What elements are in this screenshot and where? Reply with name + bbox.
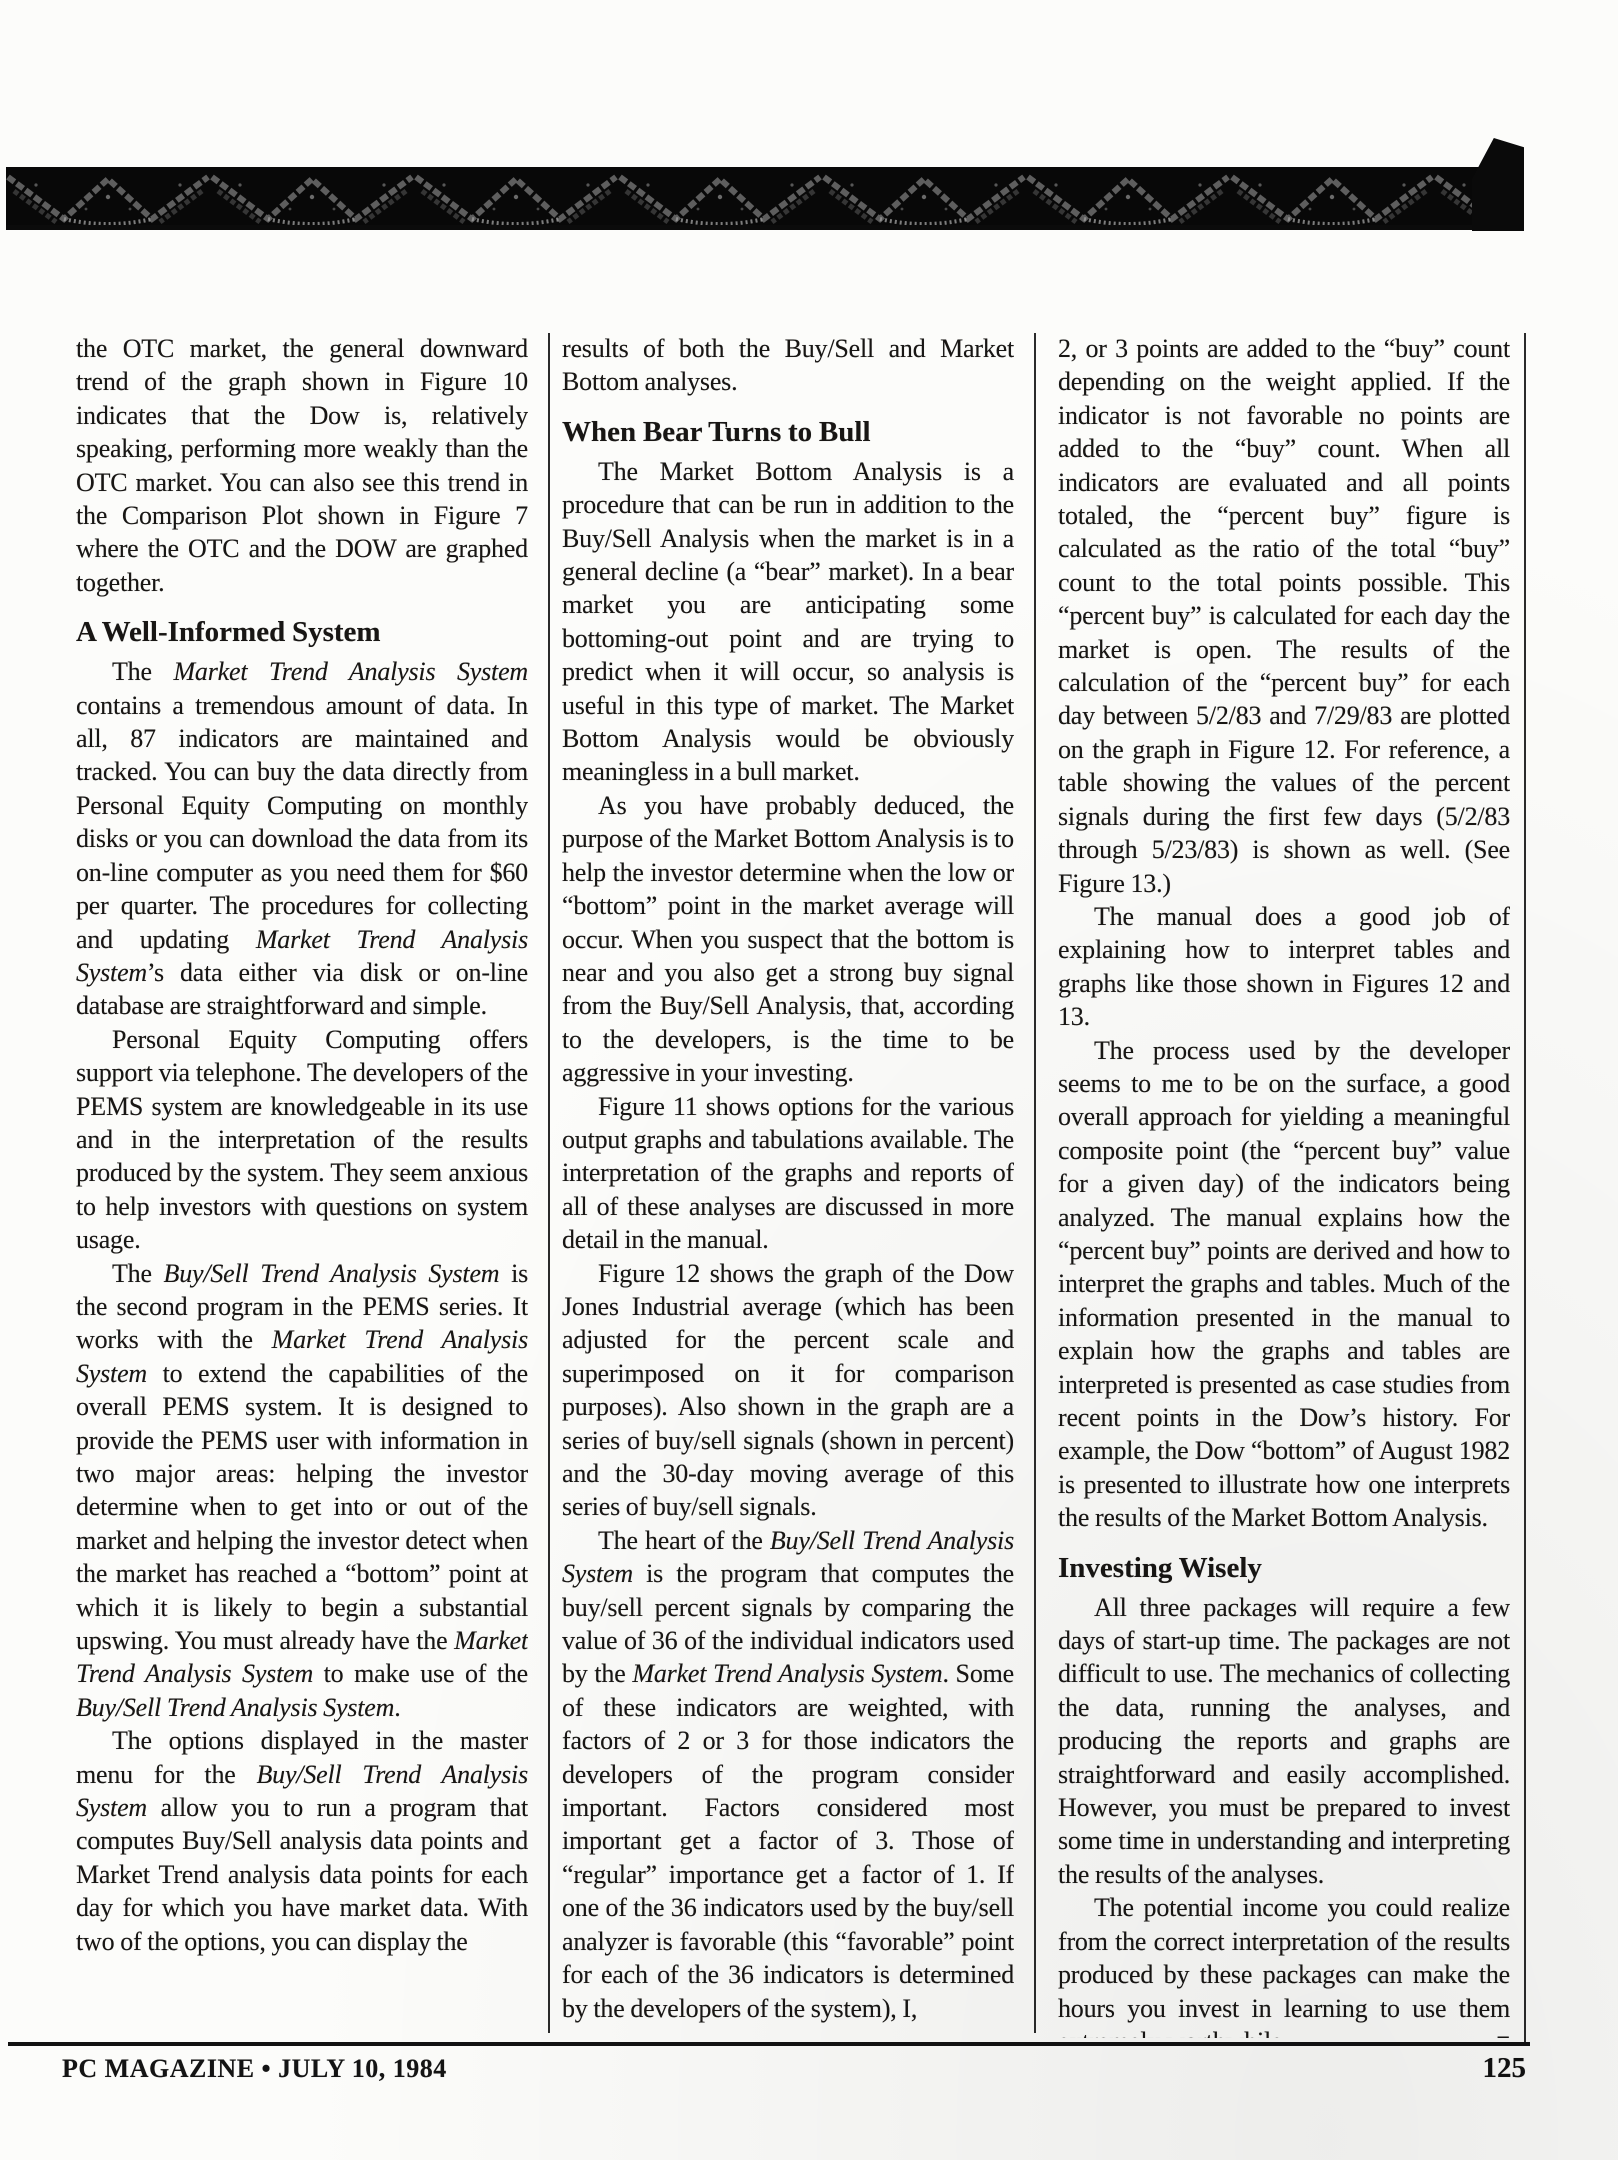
text-column-right: 2, or 3 points are added to the “buy” co… bbox=[1058, 332, 1510, 2038]
paragraph: results of both the Buy/Sell and Market … bbox=[562, 332, 1014, 399]
paragraph: Figure 12 shows the graph of the Dow Jon… bbox=[562, 1257, 1014, 1524]
band-edge-mark bbox=[1472, 138, 1524, 231]
paragraph: the OTC market, the general downward tre… bbox=[76, 332, 528, 599]
paragraph: The Buy/Sell Trend Analysis System is th… bbox=[76, 1257, 528, 1725]
paragraph: The options displayed in the master menu… bbox=[76, 1724, 528, 1958]
text-column-middle: results of both the Buy/Sell and Market … bbox=[562, 332, 1014, 2038]
section-heading: A Well-Informed System bbox=[76, 616, 528, 649]
paragraph: The Market Bottom Analysis is a procedur… bbox=[562, 455, 1014, 789]
paragraph: The heart of the Buy/Sell Trend Analysis… bbox=[562, 1524, 1014, 2025]
paragraph: Figure 11 shows options for the various … bbox=[562, 1090, 1014, 1257]
column-divider bbox=[548, 333, 550, 2033]
text-column-left: the OTC market, the general downward tre… bbox=[76, 332, 528, 2038]
page-right-rule bbox=[1524, 333, 1526, 2046]
page-number: 125 bbox=[1483, 2052, 1527, 2085]
footer-magazine-date: PC MAGAZINE • JULY 10, 1984 bbox=[62, 2054, 447, 2084]
paragraph: As you have probably deduced, the purpos… bbox=[562, 789, 1014, 1090]
paragraph: Personal Equity Computing offers support… bbox=[76, 1023, 528, 1257]
paragraph: The process used by the developer seems … bbox=[1058, 1034, 1510, 1535]
end-of-article-mark: ■ bbox=[1460, 2025, 1510, 2038]
paragraph: The potential income you could realize f… bbox=[1058, 1891, 1510, 2038]
decorative-header-band bbox=[6, 167, 1495, 230]
paragraph: The Market Trend Analysis System contain… bbox=[76, 655, 528, 1022]
paragraph: All three packages will require a few da… bbox=[1058, 1591, 1510, 1892]
magazine-page: the OTC market, the general downward tre… bbox=[0, 0, 1618, 2160]
column-divider bbox=[1034, 333, 1036, 2033]
paragraph: The manual does a good job of explaining… bbox=[1058, 900, 1510, 1034]
section-heading: Investing Wisely bbox=[1058, 1552, 1510, 1585]
footer-rule bbox=[8, 2042, 1530, 2046]
section-heading: When Bear Turns to Bull bbox=[562, 416, 1014, 449]
paragraph: 2, or 3 points are added to the “buy” co… bbox=[1058, 332, 1510, 900]
